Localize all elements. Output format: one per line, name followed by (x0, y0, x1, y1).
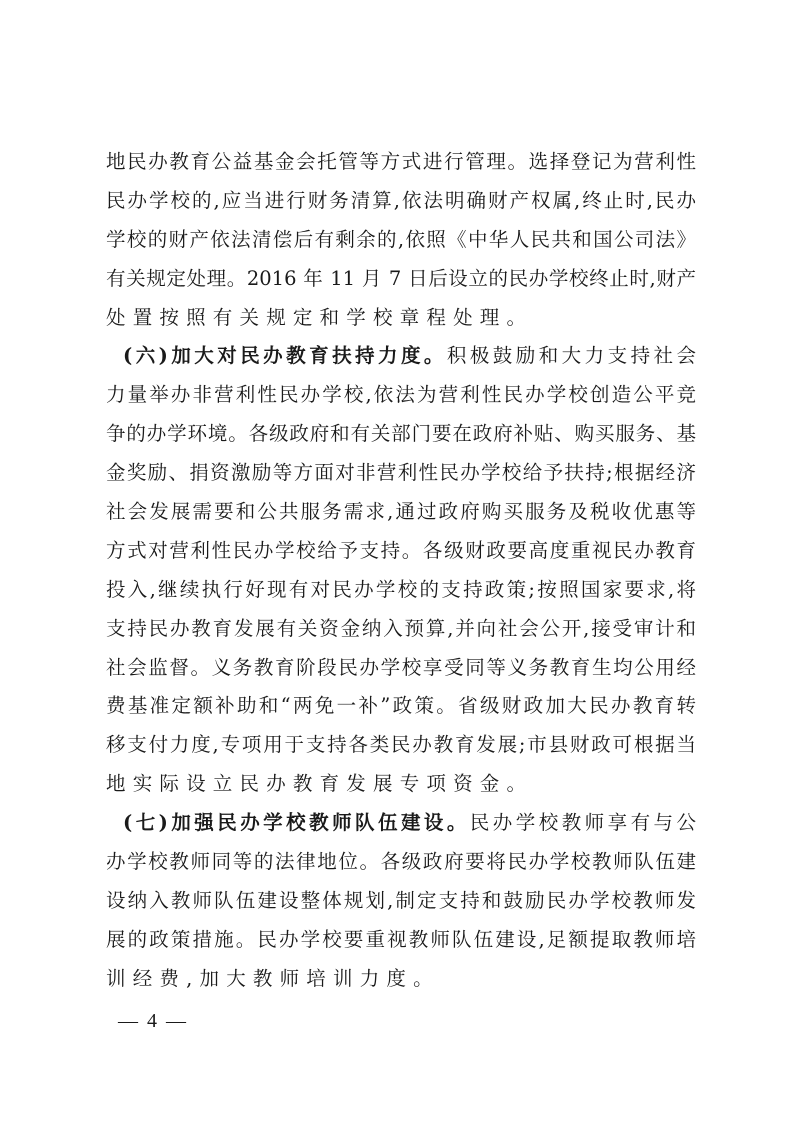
text-line: 有关规定处理。2016 年 11 月 7 日后设立的民办学校终止时,财产 (106, 260, 696, 299)
text-line: 争的办学环境。各级政府和有关部门要在政府补贴、购买服务、基 (106, 415, 696, 454)
text-line: 民办学校的,应当进行财务清算,依法明确财产权属,终止时,民办 (106, 182, 696, 221)
text-line: 社会监督。义务教育阶段民办学校享受同等义务教育生均公用经 (106, 649, 696, 688)
section-six-text: 积极鼓励和大力支持社会 (447, 344, 696, 367)
text-line: 费基准定额补助和“两免一补”政策。省级财政加大民办教育转 (106, 687, 696, 726)
section-seven-text: 民办学校教师享有与公 (470, 811, 696, 834)
text-line: 办学校教师同等的法律地位。各级政府要将民办学校教师队伍建 (106, 843, 696, 882)
text-line: 设纳入教师队伍建设整体规划,制定支持和鼓励民办学校教师发 (106, 882, 696, 921)
text-line: 金奖励、捐资激励等方面对非营利性民办学校给予扶持;根据经济 (106, 454, 696, 493)
text-line: 地实际设立民办教育发展专项资金。 (106, 765, 696, 804)
text-line: 展的政策措施。民办学校要重视教师队伍建设,足额提取教师培 (106, 921, 696, 960)
text-line: 学校的财产依法清偿后有剩余的,依照《中华人民共和国公司法》 (106, 221, 696, 260)
section-seven-first-line: (七)加强民办学校教师队伍建设。民办学校教师享有与公 (106, 804, 696, 843)
text-line: 投入,继续执行好现有对民办学校的支持政策;按照国家要求,将 (106, 571, 696, 610)
document-page: 地民办教育公益基金会托管等方式进行管理。选择登记为营利性 民办学校的,应当进行财… (106, 143, 696, 999)
section-six-first-line: (六)加大对民办教育扶持力度。积极鼓励和大力支持社会 (106, 337, 696, 376)
section-heading-six: (六)加大对民办教育扶持力度。 (123, 344, 447, 367)
text-line: 移支付力度,专项用于支持各类民办教育发展;市县财政可根据当 (106, 726, 696, 765)
text-line: 训经费,加大教师培训力度。 (106, 960, 696, 999)
text-line: 力量举办非营利性民办学校,依法为营利性民办学校创造公平竞 (106, 376, 696, 415)
page-number: — 4 — (118, 1010, 188, 1033)
text-line: 社会发展需要和公共服务需求,通过政府购买服务及税收优惠等 (106, 493, 696, 532)
text-line: 地民办教育公益基金会托管等方式进行管理。选择登记为营利性 (106, 143, 696, 182)
text-line: 支持民办教育发展有关资金纳入预算,并向社会公开,接受审计和 (106, 610, 696, 649)
section-heading-seven: (七)加强民办学校教师队伍建设。 (123, 811, 470, 834)
text-line: 方式对营利性民办学校给予支持。各级财政要高度重视民办教育 (106, 532, 696, 571)
text-line: 处置按照有关规定和学校章程处理。 (106, 299, 696, 338)
